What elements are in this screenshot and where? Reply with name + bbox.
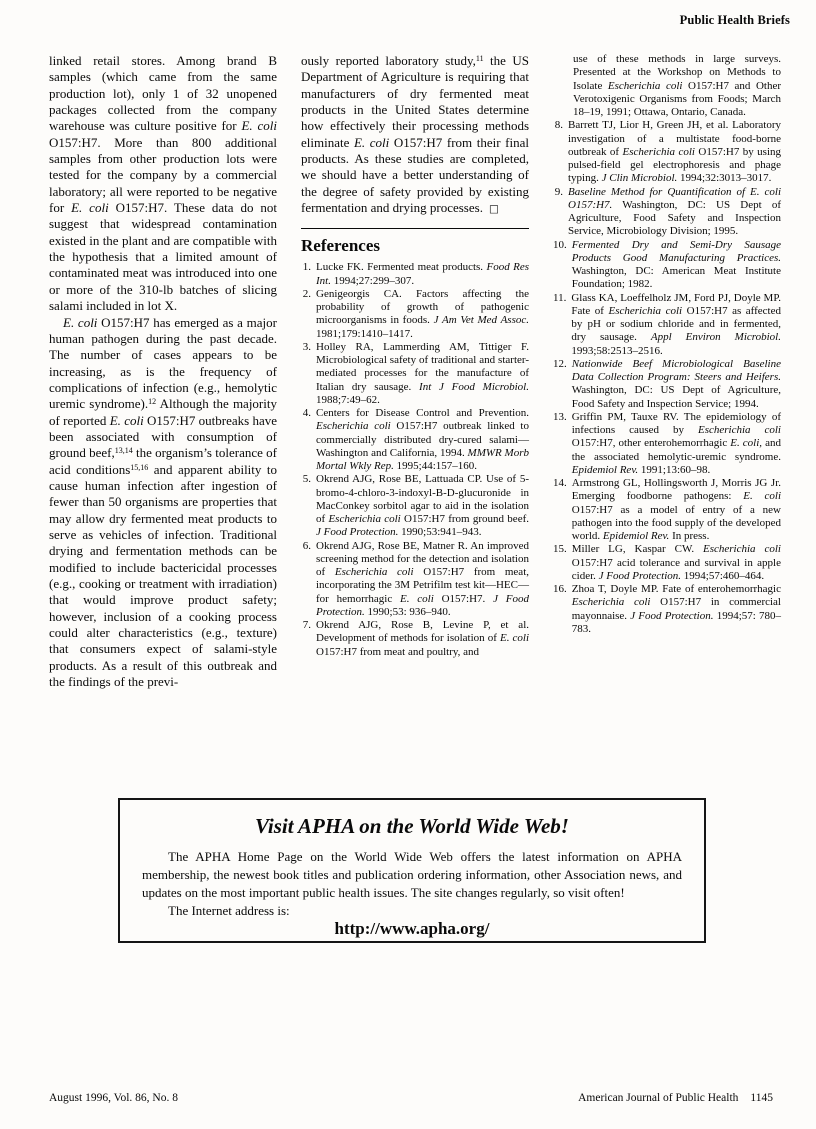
reference-item: 12.Nationwide Beef Microbiological Basel… [553,358,781,411]
paragraph: linked retail stores. Among brand B samp… [49,53,277,315]
reference-item: 2.Genigeorgis CA. Factors affecting the … [301,288,529,341]
running-head: Public Health Briefs [680,13,790,28]
reference-text: Nationwide Beef Microbiological Baseline… [572,358,781,411]
section-rule [301,228,529,229]
reference-number: 9. [553,186,568,239]
reference-text: Baseline Method for Quantification of E.… [568,186,781,239]
reference-number: 14. [553,477,572,543]
reference-item: 5.Okrend AJG, Rose BE, Lattuada CP. Use … [301,473,529,539]
reference-text: Okrend AJG, Rose BE, Lattuada CP. Use of… [316,473,529,539]
paragraph: E. coli O157:H7 has emerged as a major h… [49,315,277,691]
column-1: linked retail stores. Among brand B samp… [49,53,277,690]
reference-item: 13.Griffin PM, Tauxe RV. The epidemiolog… [553,411,781,477]
reference-continuation: use of these methods in large surveys. P… [553,53,781,119]
column-3: use of these methods in large surveys. P… [553,53,781,690]
reference-number: 8. [553,119,568,185]
footer-journal-name: American Journal of Public Health [578,1092,738,1104]
reference-text: Barrett TJ, Lior H, Green JH, et al. Lab… [568,119,781,185]
reference-item: 10.Fermented Dry and Semi-Dry Sausage Pr… [553,239,781,292]
column-2: ously reported laboratory study,11 the U… [301,53,529,690]
reference-text: Griffin PM, Tauxe RV. The epidemiology o… [572,411,781,477]
reference-number: 13. [553,411,572,477]
reference-number: 11. [553,292,571,358]
reference-number: 12. [553,358,572,411]
apha-web-ad-box: Visit APHA on the World Wide Web! The AP… [118,798,706,943]
reference-text: Okrend AJG, Rose B, Levine P, et al. Dev… [316,619,529,659]
page-footer: August 1996, Vol. 86, No. 8 American Jou… [49,1092,773,1104]
reference-item: 14.Armstrong GL, Hollingsworth J, Morris… [553,477,781,543]
reference-item: 7.Okrend AJG, Rose B, Levine P, et al. D… [301,619,529,659]
reference-number: 10. [553,239,572,292]
reference-number: 7. [301,619,316,659]
reference-item: 4.Centers for Disease Control and Preven… [301,407,529,473]
journal-page: Public Health Briefs linked retail store… [0,0,816,1129]
reference-text: Genigeorgis CA. Factors affecting the pr… [316,288,529,341]
reference-item: 16.Zhoa T, Doyle MP. Fate of enterohemor… [553,583,781,636]
reference-text: Lucke FK. Fermented meat products. Food … [316,261,529,288]
footer-issue-info: August 1996, Vol. 86, No. 8 [49,1092,178,1104]
reference-number: 5. [301,473,316,539]
article-columns: linked retail stores. Among brand B samp… [49,53,781,690]
reference-number: 16. [553,583,572,636]
reference-item: 6.Okrend AJG, Rose BE, Matner R. An impr… [301,540,529,620]
footer-page-number: 1145 [750,1092,773,1104]
reference-number: 3. [301,341,316,407]
reference-text: Centers for Disease Control and Preventi… [316,407,529,473]
reference-item: 11.Glass KA, Loeffelholz JM, Ford PJ, Do… [553,292,781,358]
reference-number: 2. [301,288,316,341]
ad-url: http://www.apha.org/ [142,919,682,939]
paragraph: ously reported laboratory study,11 the U… [301,53,529,217]
references-heading: References [301,236,529,256]
ad-body-text: The APHA Home Page on the World Wide Web… [142,848,682,902]
end-of-article-mark: □ [483,203,499,215]
reference-list: 1.Lucke FK. Fermented meat products. Foo… [301,261,529,659]
reference-text: Okrend AJG, Rose BE, Matner R. An improv… [316,540,529,620]
reference-number: 1. [301,261,316,288]
reference-number: 15. [553,543,572,583]
reference-number: 6. [301,540,316,620]
reference-item: 9.Baseline Method for Quantification of … [553,186,781,239]
footer-journal-info: American Journal of Public Health1145 [578,1092,773,1104]
reference-text: Armstrong GL, Hollingsworth J, Morris JG… [572,477,781,543]
reference-text: Miller LG, Kaspar CW. Escherichia coli O… [572,543,781,583]
reference-number: 4. [301,407,316,473]
reference-text: Glass KA, Loeffelholz JM, Ford PJ, Doyle… [571,292,781,358]
reference-text: Holley RA, Lammerding AM, Tittiger F. Mi… [316,341,529,407]
reference-item: 8.Barrett TJ, Lior H, Green JH, et al. L… [553,119,781,185]
reference-list: 8.Barrett TJ, Lior H, Green JH, et al. L… [553,119,781,636]
ad-internet-address-label: The Internet address is: [142,902,682,920]
reference-item: 1.Lucke FK. Fermented meat products. Foo… [301,261,529,288]
reference-item: 15.Miller LG, Kaspar CW. Escherichia col… [553,543,781,583]
reference-item: 3.Holley RA, Lammerding AM, Tittiger F. … [301,341,529,407]
reference-text: Fermented Dry and Semi-Dry Sausage Produ… [572,239,781,292]
ad-title: Visit APHA on the World Wide Web! [142,814,682,839]
reference-text: Zhoa T, Doyle MP. Fate of enterohemorrha… [572,583,781,636]
